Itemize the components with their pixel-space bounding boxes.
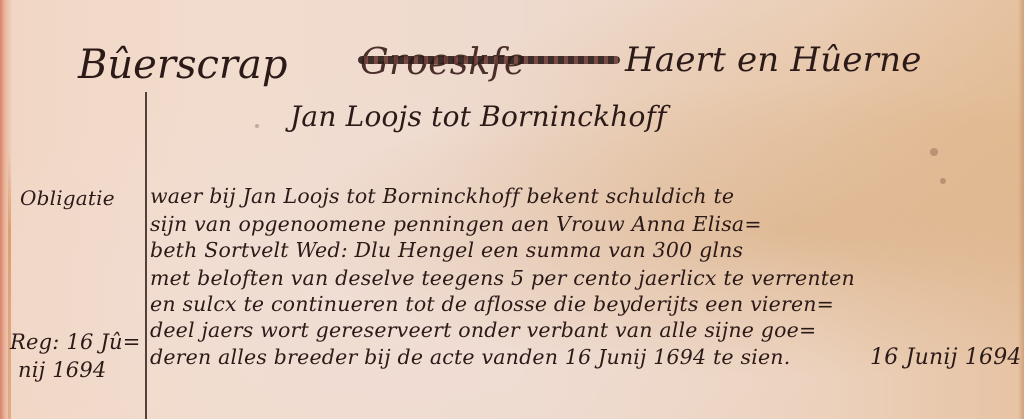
manuscript-page: Bûerscrap Groeskfe Haert en Hûerne Jan L… bbox=[0, 0, 1024, 419]
margin-rule-line bbox=[145, 92, 147, 419]
ink-stain bbox=[255, 124, 259, 128]
heading-continued: Haert en Hûerne bbox=[625, 40, 922, 80]
body-line: deel jaers wort gereserveert onder verba… bbox=[150, 318, 816, 342]
margin-entry-type: Obligatie bbox=[20, 186, 115, 210]
body-line: deren alles breeder bij de acte vanden 1… bbox=[150, 345, 790, 369]
ink-stain bbox=[930, 148, 938, 156]
body-line: waer bij Jan Loojs tot Borninckhoff beke… bbox=[150, 184, 734, 208]
margin-registration-line-2: nij 1694 bbox=[18, 358, 106, 382]
body-line: met beloften van deselve teegens 5 per c… bbox=[150, 266, 855, 290]
heading-main: Bûerscrap bbox=[78, 42, 287, 88]
margin-registration-line-1: Reg: 16 Jû= bbox=[10, 330, 141, 354]
strike-through-mark bbox=[358, 56, 620, 64]
right-margin-date: 16 Junij 1694 bbox=[870, 345, 1022, 370]
binding-crease bbox=[8, 150, 11, 419]
subheading-name: Jan Loojs tot Borninckhoff bbox=[290, 100, 667, 133]
body-line: beth Sortvelt Wed: Dlu Hengel een summa … bbox=[150, 238, 743, 262]
ink-stain bbox=[940, 178, 946, 184]
body-line: en sulcx te continueren tot de aflosse d… bbox=[150, 292, 834, 316]
body-line: sijn van opgenoomene penningen aen Vrouw… bbox=[150, 212, 762, 236]
